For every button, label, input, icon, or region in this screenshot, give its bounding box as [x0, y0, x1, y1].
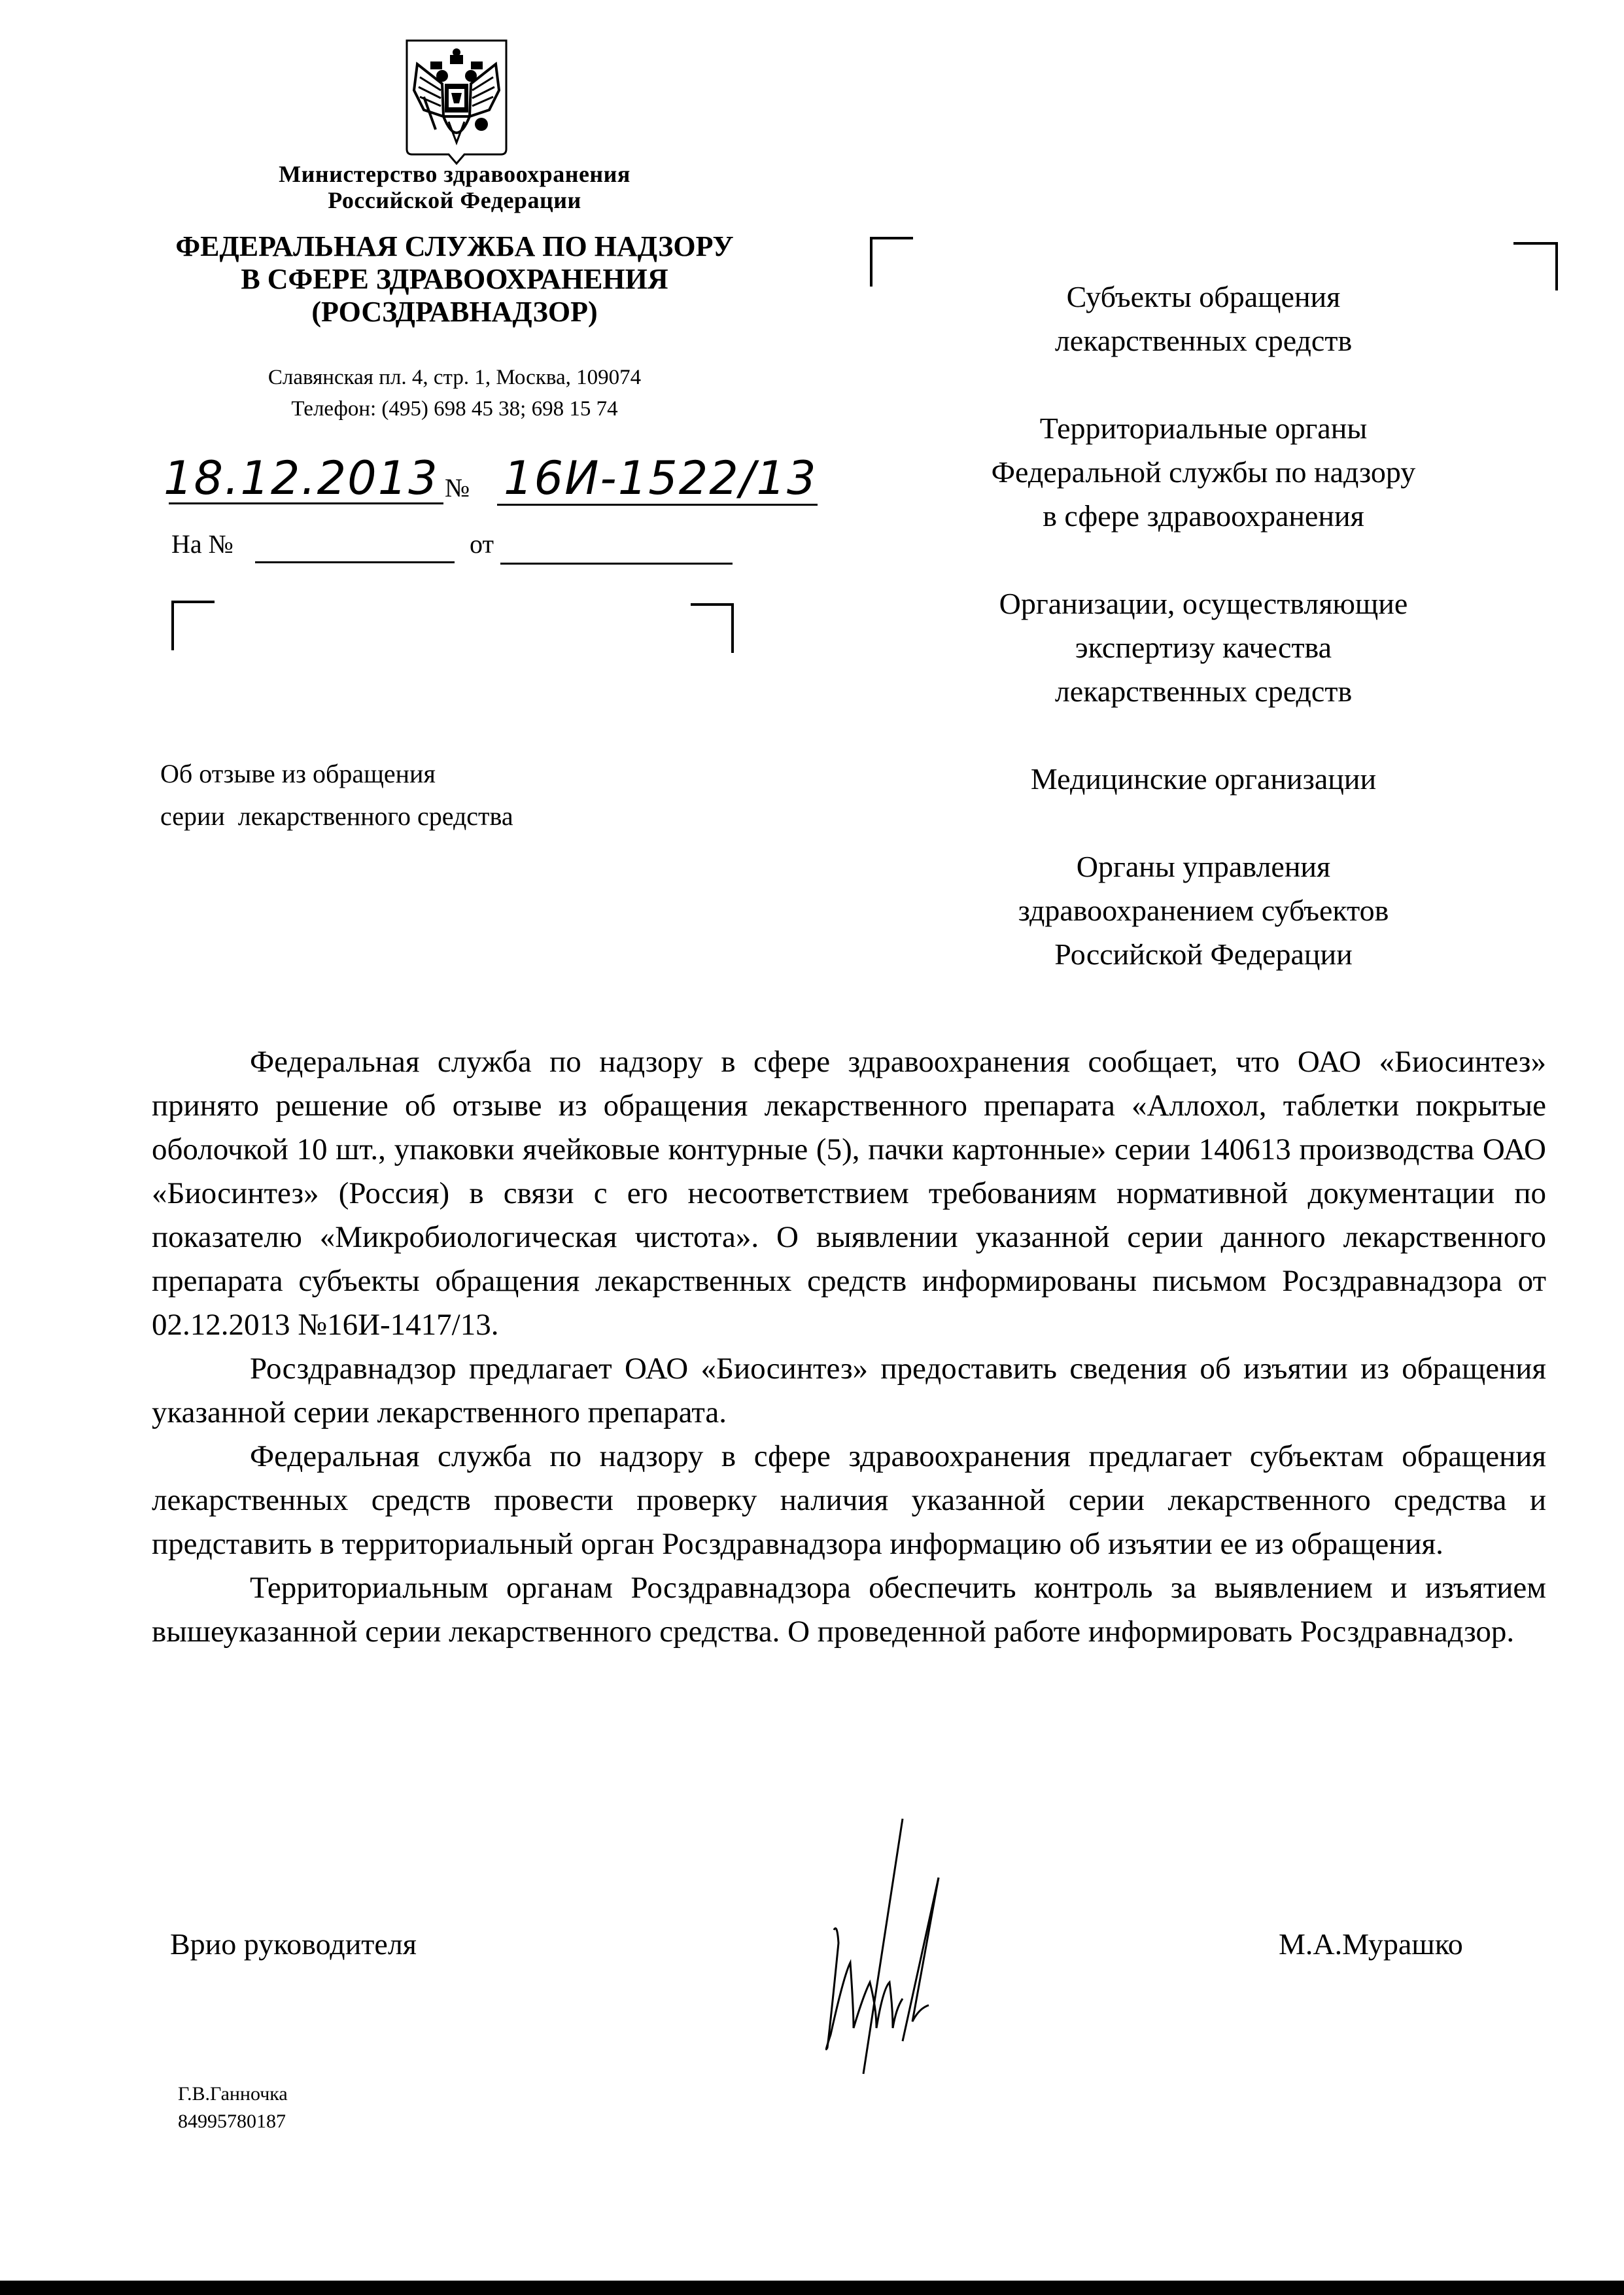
recipient-line: Территориальные органы — [903, 406, 1504, 450]
signatory-position: Врио руководителя — [170, 1927, 417, 1961]
agency-phone: Телефон: (495) 698 45 38; 698 15 74 — [216, 393, 693, 425]
recipients-block: Субъекты обращения лекарственных средств… — [903, 275, 1504, 1020]
recipient-line: Субъекты обращения — [903, 275, 1504, 319]
corner-bracket-top-right — [691, 603, 734, 653]
recipient-bracket-top-right — [1513, 242, 1558, 290]
reference-date-field — [500, 563, 733, 565]
recipient-line: Организации, осуществляющие — [903, 582, 1504, 625]
body-paragraph: Росздравнадзор предлагает ОАО «Биосинтез… — [152, 1347, 1546, 1435]
russian-coat-of-arms-icon — [404, 38, 509, 166]
recipient-line: лекарственных средств — [903, 669, 1504, 713]
agency-address: Славянская пл. 4, стр. 1, Москва, 109074 — [216, 362, 693, 393]
coat-of-arms-emblem — [404, 38, 509, 166]
recipient-line: экспертизу качества — [903, 625, 1504, 669]
recipient-line: в сфере здравоохранения — [903, 494, 1504, 538]
recipient-line: Федеральной службы по надзору — [903, 450, 1504, 494]
agency-line-1: ФЕДЕРАЛЬНАЯ СЛУЖБА ПО НАДЗОРУ — [150, 230, 759, 263]
scan-border — [0, 2281, 1624, 2295]
recipient-group: Медицинские организации — [903, 757, 1504, 801]
letter-subject: Об отзыве из обращения серии лекарственн… — [160, 752, 513, 837]
corner-bracket-top-left — [171, 601, 215, 650]
reference-number-field — [255, 561, 455, 563]
agency-line-2: В СФЕРЕ ЗДРАВООХРАНЕНИЯ — [150, 263, 759, 296]
recipient-line: Медицинские организации — [903, 757, 1504, 801]
ministry-line-2: Российской Федерации — [216, 187, 693, 213]
ministry-line-1: Министерство здравоохранения — [216, 161, 693, 187]
recipient-line: лекарственных средств — [903, 319, 1504, 362]
recipient-line: здравоохранением субъектов — [903, 888, 1504, 932]
agency-line-3: (РОСЗДРАВНАДЗОР) — [150, 296, 759, 328]
registration-date: 18.12.2013 — [164, 451, 439, 505]
ministry-name: Министерство здравоохранения Российской … — [216, 161, 693, 213]
subject-line-1: Об отзыве из обращения — [160, 752, 513, 795]
recipient-group: Субъекты обращения лекарственных средств — [903, 275, 1504, 362]
executor-name: Г.В.Ганночка — [178, 2080, 288, 2108]
subject-line-2: серии лекарственного средства — [160, 795, 513, 837]
reference-from-label: от — [470, 529, 494, 559]
body-paragraph: Федеральная служба по надзору в сфере зд… — [152, 1040, 1546, 1347]
agency-contacts: Славянская пл. 4, стр. 1, Москва, 109074… — [216, 362, 693, 425]
date-underline — [169, 502, 443, 504]
signature — [772, 1812, 1046, 2087]
signatory-name: М.А.Мурашко — [1279, 1927, 1463, 1961]
recipient-group: Организации, осуществляющие экспертизу к… — [903, 582, 1504, 713]
body-paragraph: Территориальным органам Росздравнадзора … — [152, 1566, 1546, 1654]
recipient-group: Территориальные органы Федеральной служб… — [903, 406, 1504, 538]
recipient-group: Органы управления здравоохранением субъе… — [903, 845, 1504, 976]
recipient-line: Российской Федерации — [903, 932, 1504, 976]
body-paragraph: Федеральная служба по надзору в сфере зд… — [152, 1435, 1546, 1566]
handwritten-signature-icon — [772, 1812, 1046, 2087]
executor-info: Г.В.Ганночка 84995780187 — [178, 2080, 288, 2135]
number-label: № — [445, 472, 470, 503]
reference-label: На № — [171, 529, 233, 559]
number-underline — [497, 504, 818, 506]
agency-name: ФЕДЕРАЛЬНАЯ СЛУЖБА ПО НАДЗОРУ В СФЕРЕ ЗД… — [150, 230, 759, 328]
recipient-line: Органы управления — [903, 845, 1504, 888]
executor-phone: 84995780187 — [178, 2108, 288, 2135]
registration-number: 16И-1522/13 — [504, 451, 818, 505]
letter-body: Федеральная служба по надзору в сфере зд… — [152, 1040, 1546, 1654]
